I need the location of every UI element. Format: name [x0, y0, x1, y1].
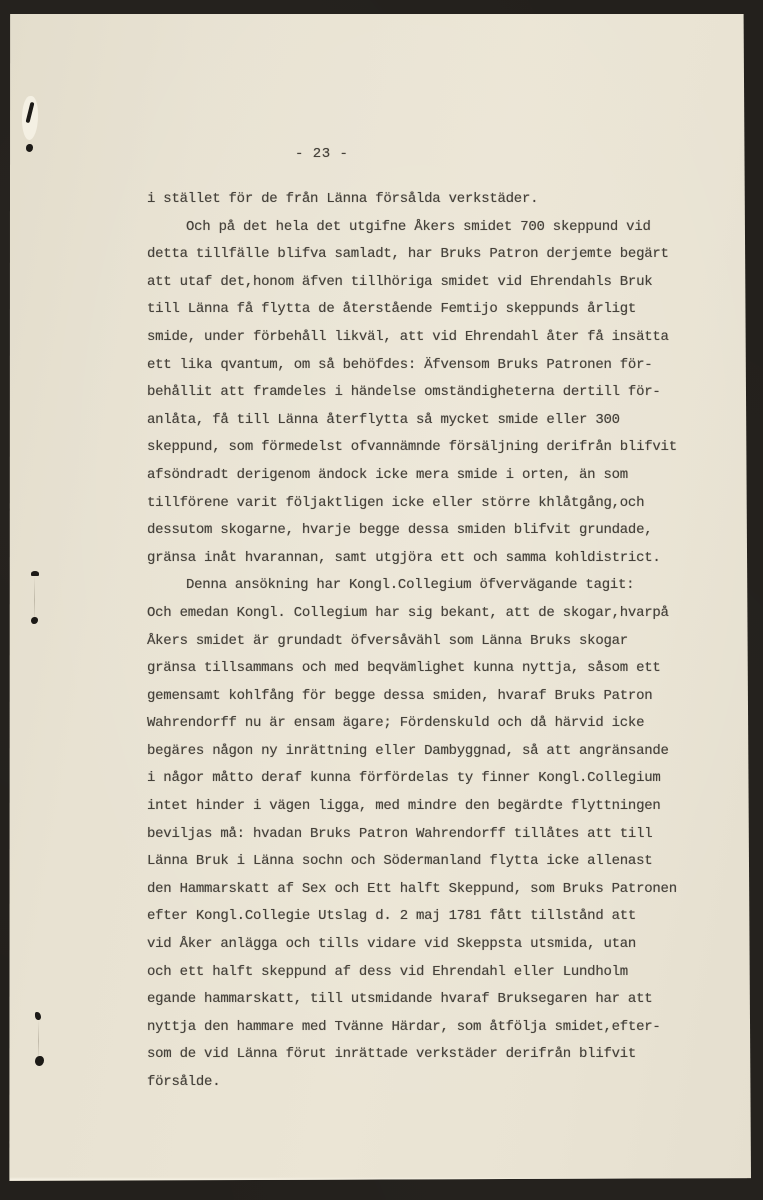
text-line: till Länna få flytta de återstående Femt…	[147, 296, 707, 324]
text-line: Och på det hela det utgifne Åkers smidet…	[147, 214, 707, 242]
text-line: behållit att framdeles i händelse omstän…	[147, 379, 707, 407]
text-line: smide, under förbehåll likväl, att vid E…	[147, 324, 707, 352]
punch-hole-mark-bottom-lower	[35, 1056, 44, 1066]
text-line: Och emedan Kongl. Collegium har sig beka…	[147, 600, 707, 628]
text-line: som de vid Länna förut inrättade verkstä…	[147, 1041, 707, 1069]
text-line: vid Åker anlägga och tills vidare vid Sk…	[147, 931, 707, 959]
text-line: Åkers smidet är grundadt öfversåvähl som…	[147, 628, 707, 656]
page-number: - 23 -	[295, 146, 348, 162]
punch-hole-dot-top	[26, 144, 33, 152]
scan-background: - 23 - i stället för de från Länna förså…	[0, 0, 763, 1200]
text-line: detta tillfälle blifva samladt, har Bruk…	[147, 241, 707, 269]
text-line: försålde.	[147, 1069, 707, 1097]
text-line: Länna Bruk i Länna sochn och Södermanlan…	[147, 848, 707, 876]
text-line: intet hinder i vägen ligga, med mindre d…	[147, 793, 707, 821]
text-line: den Hammarskatt af Sex och Ett halft Ske…	[147, 876, 707, 904]
text-line: gränsa inåt hvarannan, samt utgjöra ett …	[147, 545, 707, 573]
text-line: beviljas må: hvadan Bruks Patron Wahrend…	[147, 821, 707, 849]
punch-hole-mark-bottom-upper	[35, 1012, 41, 1020]
text-line: egande hammarskatt, till utsmidande hvar…	[147, 986, 707, 1014]
text-line: i stället för de från Länna försålda ver…	[147, 186, 707, 214]
paper-bottom-edge-highlight	[10, 1177, 747, 1180]
text-line: Wahrendorff nu är ensam ägare; Fördensku…	[147, 710, 707, 738]
text-line: tillförene varit följaktligen icke eller…	[147, 490, 707, 518]
text-line: skeppund, som förmedelst ofvannämnde för…	[147, 434, 707, 462]
text-line: Denna ansökning har Kongl.Collegium öfve…	[147, 572, 707, 600]
text-line: gränsa tillsammans och med beqvämlighet …	[147, 655, 707, 683]
text-line: i någor måtto deraf kunna förfördelas ty…	[147, 765, 707, 793]
text-line: att utaf det,honom äfven tillhöriga smid…	[147, 269, 707, 297]
text-line: nyttja den hammare med Tvänne Härdar, so…	[147, 1014, 707, 1042]
document-page: - 23 - i stället för de från Länna förså…	[9, 14, 751, 1181]
text-line: efter Kongl.Collegie Utslag d. 2 maj 178…	[147, 903, 707, 931]
punch-hole-mark-middle-upper	[31, 571, 39, 576]
text-line: dessutom skogarne, hvarje begge dessa sm…	[147, 517, 707, 545]
text-line: gemensamt kohlfång för begge dessa smide…	[147, 683, 707, 711]
text-line: afsöndradt derigenom ändock icke mera sm…	[147, 462, 707, 490]
punch-hole-mark-middle-lower	[31, 617, 38, 624]
text-line: begäres någon ny inrättning eller Dambyg…	[147, 738, 707, 766]
text-line: ett lika qvantum, om så behöfdes: Äfvens…	[147, 352, 707, 380]
document-body: i stället för de från Länna försålda ver…	[147, 186, 707, 1097]
text-line: och ett halft skeppund af dess vid Ehren…	[147, 959, 707, 987]
text-line: anlåta, få till Länna återflytta så myck…	[147, 407, 707, 435]
